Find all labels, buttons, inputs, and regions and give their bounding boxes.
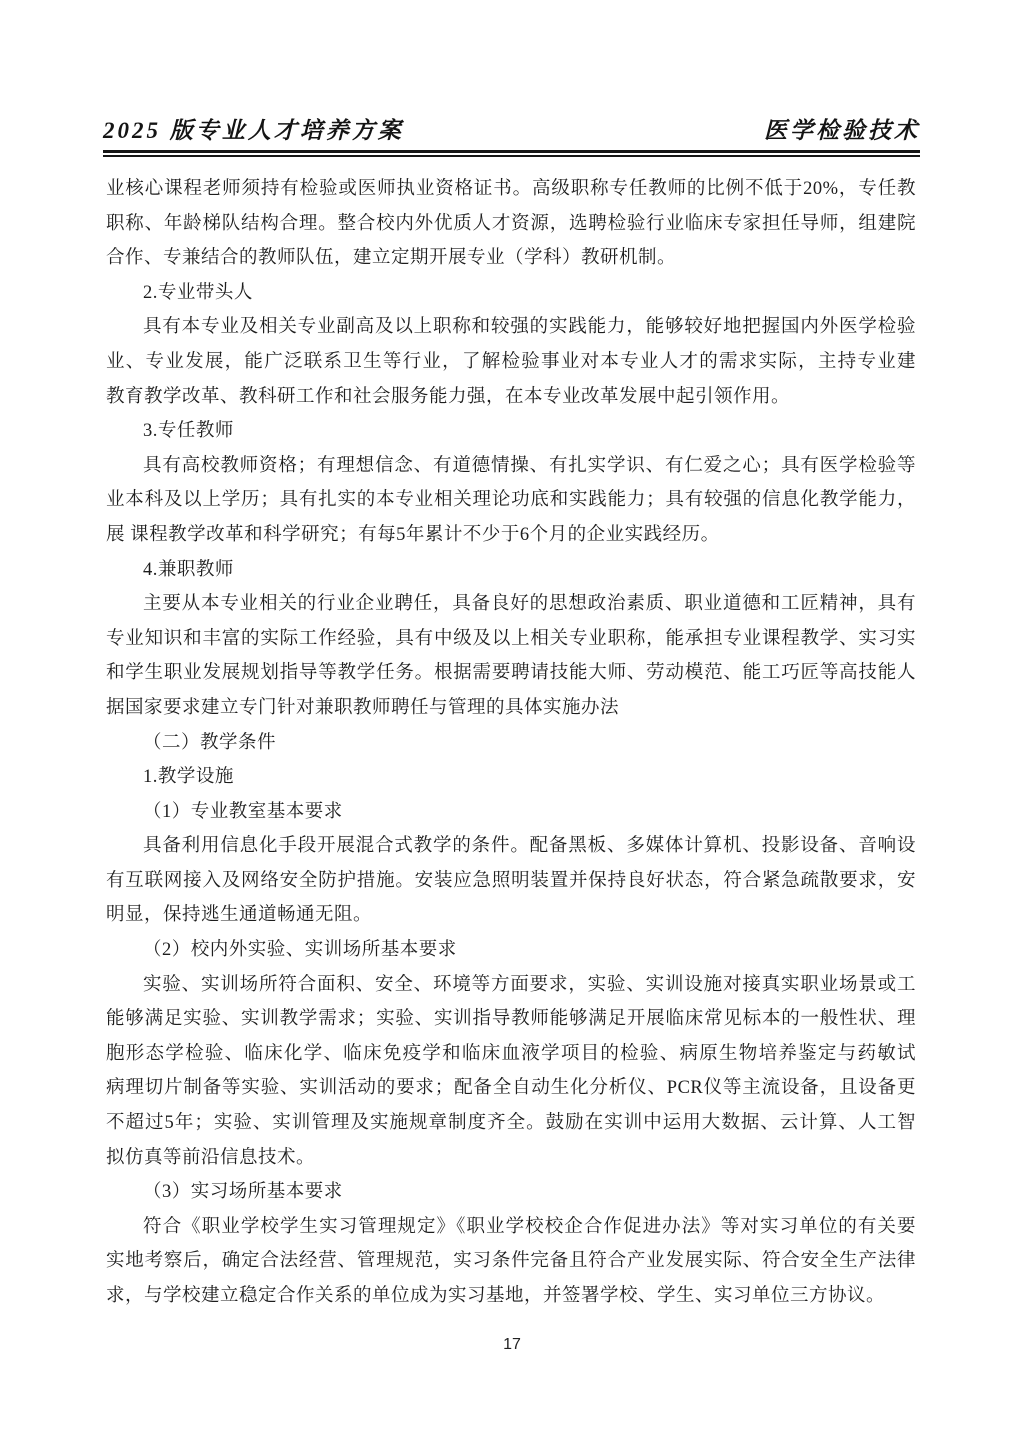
text-line: 2.专业带头人 bbox=[106, 276, 916, 311]
text-line: 教育教学改革、教科研工作和社会服务能力强，在本专业改革发展中起引领作用。 bbox=[106, 380, 916, 415]
text-line: （二）教学条件 bbox=[106, 726, 916, 761]
text-line: 4.兼职教师 bbox=[106, 553, 916, 588]
header-double-rule bbox=[103, 150, 920, 157]
text-line: 有互联网接入及网络安全防护措施。安装应急照明装置并保持良好状态，符合紧急疏散要求… bbox=[106, 864, 916, 899]
text-line: 明显，保持逃生通道畅通无阻。 bbox=[106, 898, 916, 933]
text-line: 据国家要求建立专门针对兼职教师聘任与管理的具体实施办法 bbox=[106, 691, 916, 726]
header-left-title: 2025 版专业人才培养方案 bbox=[103, 112, 404, 145]
rule-thin-line bbox=[103, 155, 920, 157]
text-line: 3.专任教师 bbox=[106, 414, 916, 449]
text-line: 专业知识和丰富的实际工作经验，具有中级及以上相关专业职称，能承担专业课程教学、实… bbox=[106, 622, 916, 657]
text-line: 业、专业发展，能广泛联系卫生等行业，了解检验事业对本专业人才的需求实际，主持专业… bbox=[106, 345, 916, 380]
text-line: 具有本专业及相关专业副高及以上职称和较强的实践能力，能够较好地把握国内外医学检验… bbox=[106, 310, 916, 345]
text-line: 具有高校教师资格；有理想信念、有道德情操、有扎实学识、有仁爱之心；具有医学检验等… bbox=[106, 449, 916, 484]
text-line: 胞形态学检验、临床化学、临床免疫学和临床血液学项目的检验、病原生物培养鉴定与药敏… bbox=[106, 1037, 916, 1072]
page-number: 17 bbox=[0, 1336, 1024, 1354]
text-line: 业本科及以上学历；具有扎实的本专业相关理论功底和实践能力；具有较强的信息化教学能… bbox=[106, 483, 916, 518]
text-line: 实地考察后，确定合法经营、管理规范，实习条件完备且符合产业发展实际、符合安全生产… bbox=[106, 1244, 916, 1279]
text-line: 展 课程教学改革和科学研究；有每5年累计不少于6个月的企业实践经历。 bbox=[106, 518, 916, 553]
text-line: 职称、年龄梯队结构合理。整合校内外优质人才资源，选聘检验行业临床专家担任导师，组… bbox=[106, 207, 916, 242]
text-line: 不超过5年；实验、实训管理及实施规章制度齐全。鼓励在实训中运用大数据、云计算、人… bbox=[106, 1106, 916, 1141]
text-line: 和学生职业发展规划指导等教学任务。根据需要聘请技能大师、劳动模范、能工巧匠等高技… bbox=[106, 656, 916, 691]
text-line: 具备利用信息化手段开展混合式教学的条件。配备黑板、多媒体计算机、投影设备、音响设… bbox=[106, 829, 916, 864]
text-line: 符合《职业学校学生实习管理规定》《职业学校校企合作促进办法》等对实习单位的有关要… bbox=[106, 1210, 916, 1245]
text-line: 拟仿真等前沿信息技术。 bbox=[106, 1141, 916, 1176]
text-line: 实验、实训场所符合面积、安全、环境等方面要求，实验、实训设施对接真实职业场景或工… bbox=[106, 968, 916, 1003]
text-line: 能够满足实验、实训教学需求；实验、实训指导教师能够满足开展临床常见标本的一般性状… bbox=[106, 1002, 916, 1037]
text-line: （3）实习场所基本要求 bbox=[106, 1175, 916, 1210]
text-line: 主要从本专业相关的行业企业聘任，具备良好的思想政治素质、职业道德和工匠精神，具有… bbox=[106, 587, 916, 622]
text-line: 1.教学设施 bbox=[106, 760, 916, 795]
header-right-title: 医学检验技术 bbox=[764, 112, 920, 145]
text-line: 求，与学校建立稳定合作关系的单位成为实习基地，并签署学校、学生、实习单位三方协议… bbox=[106, 1279, 916, 1314]
document-body: 业核心课程老师须持有检验或医师执业资格证书。高级职称专任教师的比例不低于20%，… bbox=[106, 172, 916, 1314]
text-line: （2）校内外实验、实训场所基本要求 bbox=[106, 933, 916, 968]
text-line: （1）专业教室基本要求 bbox=[106, 795, 916, 830]
text-line: 合作、专兼结合的教师队伍，建立定期开展专业（学科）教研机制。 bbox=[106, 241, 916, 276]
text-line: 业核心课程老师须持有检验或医师执业资格证书。高级职称专任教师的比例不低于20%，… bbox=[106, 172, 916, 207]
document-page: 2025 版专业人才培养方案 医学检验技术 业核心课程老师须持有检验或医师执业资… bbox=[0, 0, 1024, 1448]
text-line: 病理切片制备等实验、实训活动的要求；配备全自动生化分析仪、PCR仪等主流设备，且… bbox=[106, 1071, 916, 1106]
page-header: 2025 版专业人才培养方案 医学检验技术 bbox=[103, 112, 920, 145]
